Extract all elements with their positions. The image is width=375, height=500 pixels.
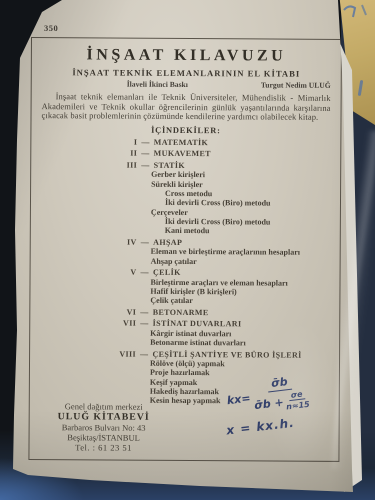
toc-row: I—MATEMATİK <box>31 137 340 148</box>
toc-row: Ahşap çatılar <box>31 256 340 267</box>
photo-of-book-page: 350 İNŞAAT KILAVUZU İNŞAAT TEKNİK ELEMAN… <box>0 0 375 500</box>
toc-dash: — <box>140 319 148 328</box>
nested-denominator: n≈15 <box>286 399 311 412</box>
toc-dash: — <box>141 238 149 247</box>
toc-label: Hafif kirişler (B kirişleri) <box>150 287 236 297</box>
toc-label: MATEMATİK <box>154 138 208 148</box>
page-number: 350 <box>44 23 58 33</box>
fraction-denominator: σ̄b + σe n≈15 <box>253 388 310 415</box>
formula-lhs: kx= <box>226 391 251 407</box>
toc-label: Çerçeveler <box>151 207 188 217</box>
distributor-name: ULUĞ KİTABEVİ <box>40 411 168 423</box>
toc-label: Kârgir istinat duvarları <box>150 329 231 339</box>
toc-label: Sürekli kirişler <box>151 180 203 190</box>
toc-label: Rölöve (ölçü) yapmak <box>150 359 225 369</box>
toc-row: Betonarme istinat duvarları <box>30 337 339 348</box>
toc-dash: — <box>141 161 149 170</box>
book-blurb: İnşaat teknik elemanları ile Teknik Üniv… <box>41 92 330 123</box>
toc-dash: — <box>141 138 149 147</box>
toc-label: İSTİNAT DUVARLARI <box>153 319 242 329</box>
toc-row: II—MUKAVEMET <box>31 149 340 160</box>
toc-label: Keşif yapmak <box>150 377 197 387</box>
byline-row: İlaveli İkinci Baskı Turgut Nedim ULUĞ <box>127 80 331 90</box>
book-title: İNŞAAT KILAVUZU <box>38 46 335 65</box>
toc-label: Proje hazırlamak <box>150 368 210 378</box>
toc-dash: — <box>141 268 149 277</box>
toc-label: Hakediş hazırlamak <box>150 387 219 397</box>
toc-label: Ahşap çatılar <box>151 256 197 266</box>
toc-numeral: VI <box>112 307 136 316</box>
handwritten-formula: kx= σ̄b σ̄b + σe n≈15 x = kx.h. <box>225 373 312 437</box>
book-page: 350 İNŞAAT KILAVUZU İNŞAAT TEKNİK ELEMAN… <box>0 0 375 500</box>
toc-dash: — <box>140 349 148 358</box>
ad-border-frame: İNŞAAT KILAVUZU İNŞAAT TEKNİK ELEMANLARI… <box>28 37 342 462</box>
toc-numeral: II <box>113 149 137 158</box>
toc-dash: — <box>140 308 148 317</box>
contents-list: I—MATEMATİKII—MUKAVEMETIII—STATİKGerber … <box>30 137 341 407</box>
toc-numeral: IV <box>113 237 137 246</box>
distributor-block: Genel dağıtım merkezi ULUĞ KİTABEVİ Barb… <box>39 401 167 453</box>
toc-label: Çelik çatılar <box>150 296 192 306</box>
toc-row: Çelik çatılar <box>30 295 339 306</box>
edition-note: İlaveli İkinci Baskı <box>127 80 188 89</box>
toc-label: MUKAVEMET <box>154 149 211 159</box>
toc-numeral: V <box>113 268 137 277</box>
toc-label: ÇELİK <box>153 268 181 277</box>
margin-ink-mark <box>358 80 363 96</box>
toc-numeral: VIII <box>112 349 136 358</box>
toc-label: STATİK <box>154 161 186 170</box>
nested-fraction: σe n≈15 <box>284 389 310 412</box>
toc-label: Kani metodu <box>165 226 210 236</box>
formula-fraction: σ̄b σ̄b + σe n≈15 <box>251 373 310 415</box>
toc-label: BETONARME <box>153 308 209 318</box>
book-subtitle: İNŞAAT TEKNİK ELEMANLARININ EL KİTABI <box>38 68 335 79</box>
toc-numeral: III <box>113 161 137 170</box>
contents-heading: İÇİNDEKİLER: <box>31 125 340 136</box>
denominator-left: σ̄b + <box>254 395 285 411</box>
author-name: Turgut Nedim ULUĞ <box>261 80 331 89</box>
toc-numeral: I <box>113 137 137 146</box>
toc-numeral: VII <box>112 319 136 328</box>
toc-label: AHŞAP <box>153 238 182 247</box>
toc-label: Betonarme istinat duvarları <box>150 338 246 348</box>
toc-row: VI—BETONARME <box>30 307 339 318</box>
toc-row: Kani metodu <box>31 225 340 236</box>
toc-dash: — <box>141 149 149 158</box>
toc-label: Gerber kirişleri <box>151 170 205 180</box>
formula-line-2: x = kx.h. <box>226 414 313 438</box>
distributor-phone: Tel. : 61 23 51 <box>39 442 167 453</box>
